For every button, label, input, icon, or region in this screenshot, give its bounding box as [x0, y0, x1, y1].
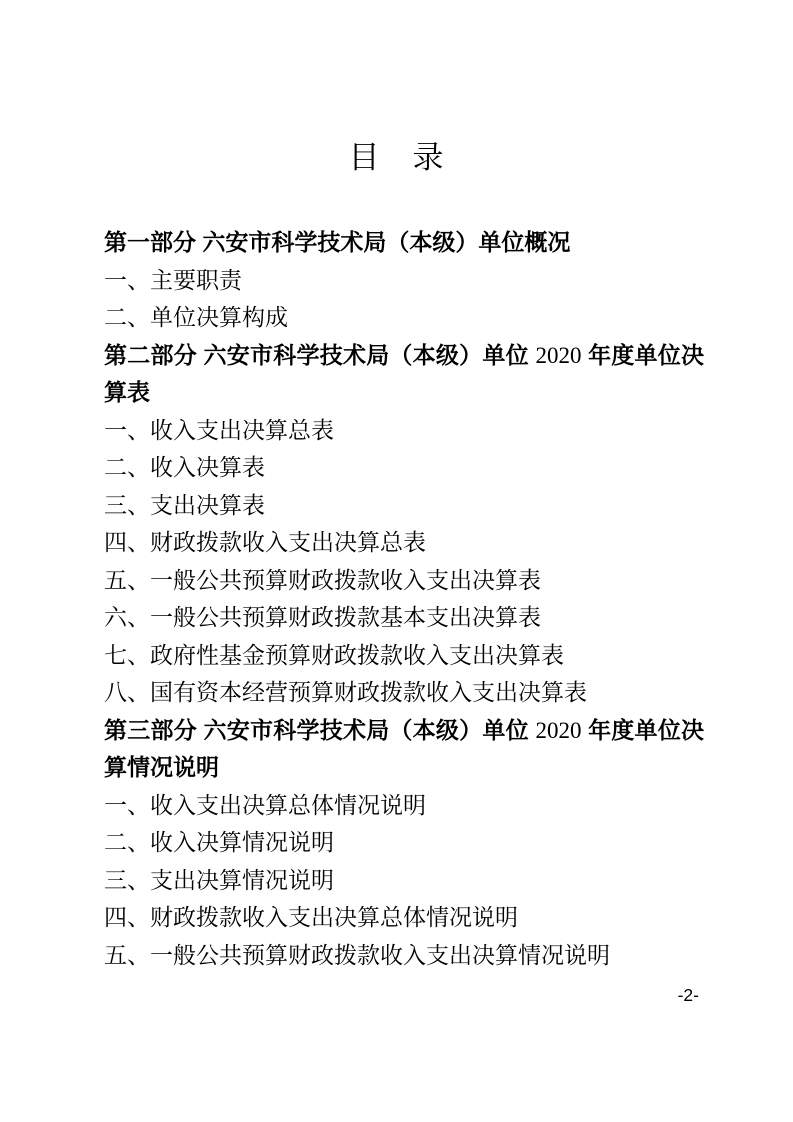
toc-item: 三、支出决算表	[104, 487, 704, 525]
section-heading-part3-text: 第三部分 六安市科学技术局（本级）单位	[104, 717, 535, 743]
toc-item: 三、支出决算情况说明	[104, 862, 704, 900]
toc-item: 二、收入决算表	[104, 449, 704, 487]
section-heading-part1: 第一部分 六安市科学技术局（本级）单位概况	[104, 224, 704, 262]
toc-item: 一、收入支出决算总表	[104, 412, 704, 450]
section-heading-part1-text: 第一部分 六安市科学技术局（本级）单位概况	[104, 229, 570, 255]
section-heading-part2-text: 第二部分 六安市科学技术局（本级）单位	[104, 342, 535, 368]
toc-item: 一、主要职责	[104, 262, 704, 300]
toc-item: 八、国有资本经营预算财政拨款收入支出决算表	[104, 674, 704, 712]
toc-item: 五、一般公共预算财政拨款收入支出决算表	[104, 562, 704, 600]
toc-item: 一、收入支出决算总体情况说明	[104, 787, 704, 825]
toc-item: 七、政府性基金预算财政拨款收入支出决算表	[104, 637, 704, 675]
page-title: 目 录	[0, 137, 793, 179]
section-heading-part2: 第二部分 六安市科学技术局（本级）单位 2020 年度单位决算表	[104, 337, 704, 412]
toc-item: 四、财政拨款收入支出决算总表	[104, 524, 704, 562]
section-heading-part2-year: 2020	[535, 343, 581, 368]
toc-item: 二、收入决算情况说明	[104, 824, 704, 862]
table-of-contents: 第一部分 六安市科学技术局（本级）单位概况 一、主要职责 二、单位决算构成 第二…	[104, 224, 704, 974]
toc-item: 四、财政拨款收入支出决算总体情况说明	[104, 899, 704, 937]
toc-item: 五、一般公共预算财政拨款收入支出决算情况说明	[104, 937, 704, 975]
document-page: 目 录 第一部分 六安市科学技术局（本级）单位概况 一、主要职责 二、单位决算构…	[0, 0, 793, 1122]
section-heading-part3-year: 2020	[535, 718, 581, 743]
section-heading-part3: 第三部分 六安市科学技术局（本级）单位 2020 年度单位决算情况说明	[104, 712, 704, 787]
page-number: -2-	[678, 983, 699, 1008]
toc-item: 六、一般公共预算财政拨款基本支出决算表	[104, 599, 704, 637]
toc-item: 二、单位决算构成	[104, 299, 704, 337]
